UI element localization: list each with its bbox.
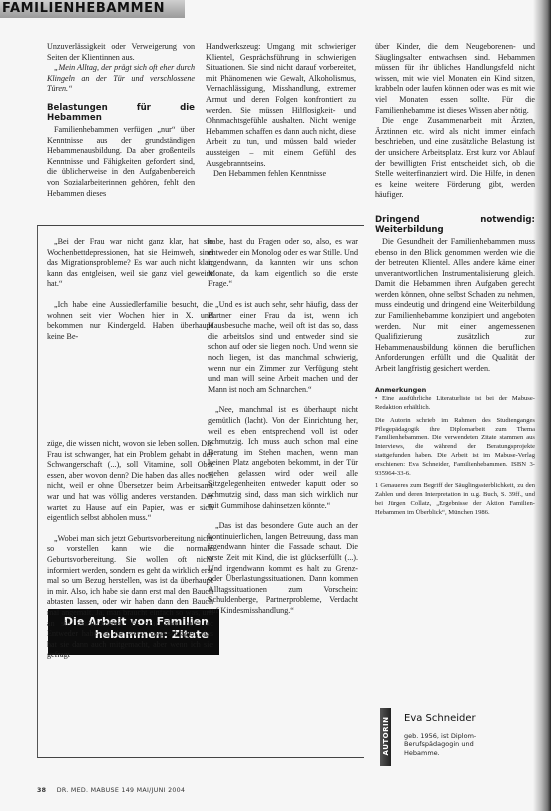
author-bio: geb. 1956, ist Diplom-Berufspädagogin un…: [404, 732, 484, 757]
note: Die Autorin schrieb im Rahmen des Studie…: [375, 417, 535, 479]
subheading: Belastungen für die Hebammen: [47, 103, 195, 124]
paragraph: Den Hebammen fehlen Kenntnisse: [206, 169, 356, 180]
page-number: 38: [37, 787, 46, 794]
quote: züge, die wissen nicht, wovon sie leben …: [47, 439, 213, 524]
quote: „Das ist das besondere Gute auch an der …: [208, 521, 358, 616]
notes-section: Anmerkungen • Eine ausführliche Literatu…: [375, 385, 535, 518]
quote-column-right: habe, hast du Fragen oder so, also, es w…: [208, 237, 358, 627]
section-title: FAMILIENHEBAMMEN: [2, 1, 165, 16]
note: 1 Genaueres zum Begriff der Säuglingsste…: [375, 482, 535, 517]
italic-quote: „Mein Alltag, der prägt sich oft eher du…: [47, 63, 195, 95]
quote: „Bei der Frau war nicht ganz klar, hat s…: [47, 237, 213, 290]
quote-column-left-top: „Bei der Frau war nicht ganz klar, hat s…: [47, 237, 213, 352]
quote: „Und es ist auch sehr, sehr häufig, dass…: [208, 300, 358, 395]
paragraph: über Kinder, die dem Neugeborenen- und S…: [375, 42, 535, 116]
paragraph: Die enge Zusammenarbeit mit Ärzten, Ärzt…: [375, 116, 535, 201]
quote: „Wobei man sich jetzt Geburtsvorbereitun…: [47, 534, 213, 661]
quote: „Nee, manchmal ist es überhaupt nicht ge…: [208, 405, 358, 511]
notes-title: Anmerkungen: [375, 385, 535, 396]
paragraph: Unzuverlässigkeit oder Verweigerung von …: [47, 42, 195, 63]
note: • Eine ausführliche Literaturliste ist b…: [375, 395, 535, 413]
page-footer: 38 DR. MED. MABUSE 149 MAI/JUNI 2004: [37, 787, 185, 794]
paragraph: Handwerkszeug: Umgang mit schwieriger Kl…: [206, 42, 356, 169]
paragraph: Familienhebammen verfügen „nur“ über Ken…: [47, 125, 195, 199]
section-header-bar: FAMILIENHEBAMMEN: [0, 0, 185, 18]
subheading: Dringend notwendig: Weiterbildung: [375, 215, 535, 236]
text-column-1: Unzuverlässigkeit oder Verweigerung von …: [47, 42, 195, 199]
text-column-2: Handwerkszeug: Umgang mit schwieriger Kl…: [206, 42, 356, 180]
author-tag: AUTORIN: [380, 708, 391, 766]
author-name: Eva Schneider: [404, 713, 476, 724]
page-gutter-shadow: [533, 0, 551, 811]
paragraph: Die Gesundheit der Familienhebammen muss…: [375, 237, 535, 375]
quote-box: „Bei der Frau war nicht ganz klar, hat s…: [37, 225, 364, 758]
quote: habe, hast du Fragen oder so, also, es w…: [208, 237, 358, 290]
author-tag-label: AUTORIN: [382, 710, 390, 762]
quote: „Ich habe eine Aussiedlerfamilie besucht…: [47, 300, 213, 342]
text-column-3: über Kinder, die dem Neugeborenen- und S…: [375, 42, 535, 522]
quote-column-left-bottom: züge, die wissen nicht, wovon sie leben …: [47, 439, 213, 671]
journal-info: DR. MED. MABUSE 149 MAI/JUNI 2004: [57, 787, 186, 794]
